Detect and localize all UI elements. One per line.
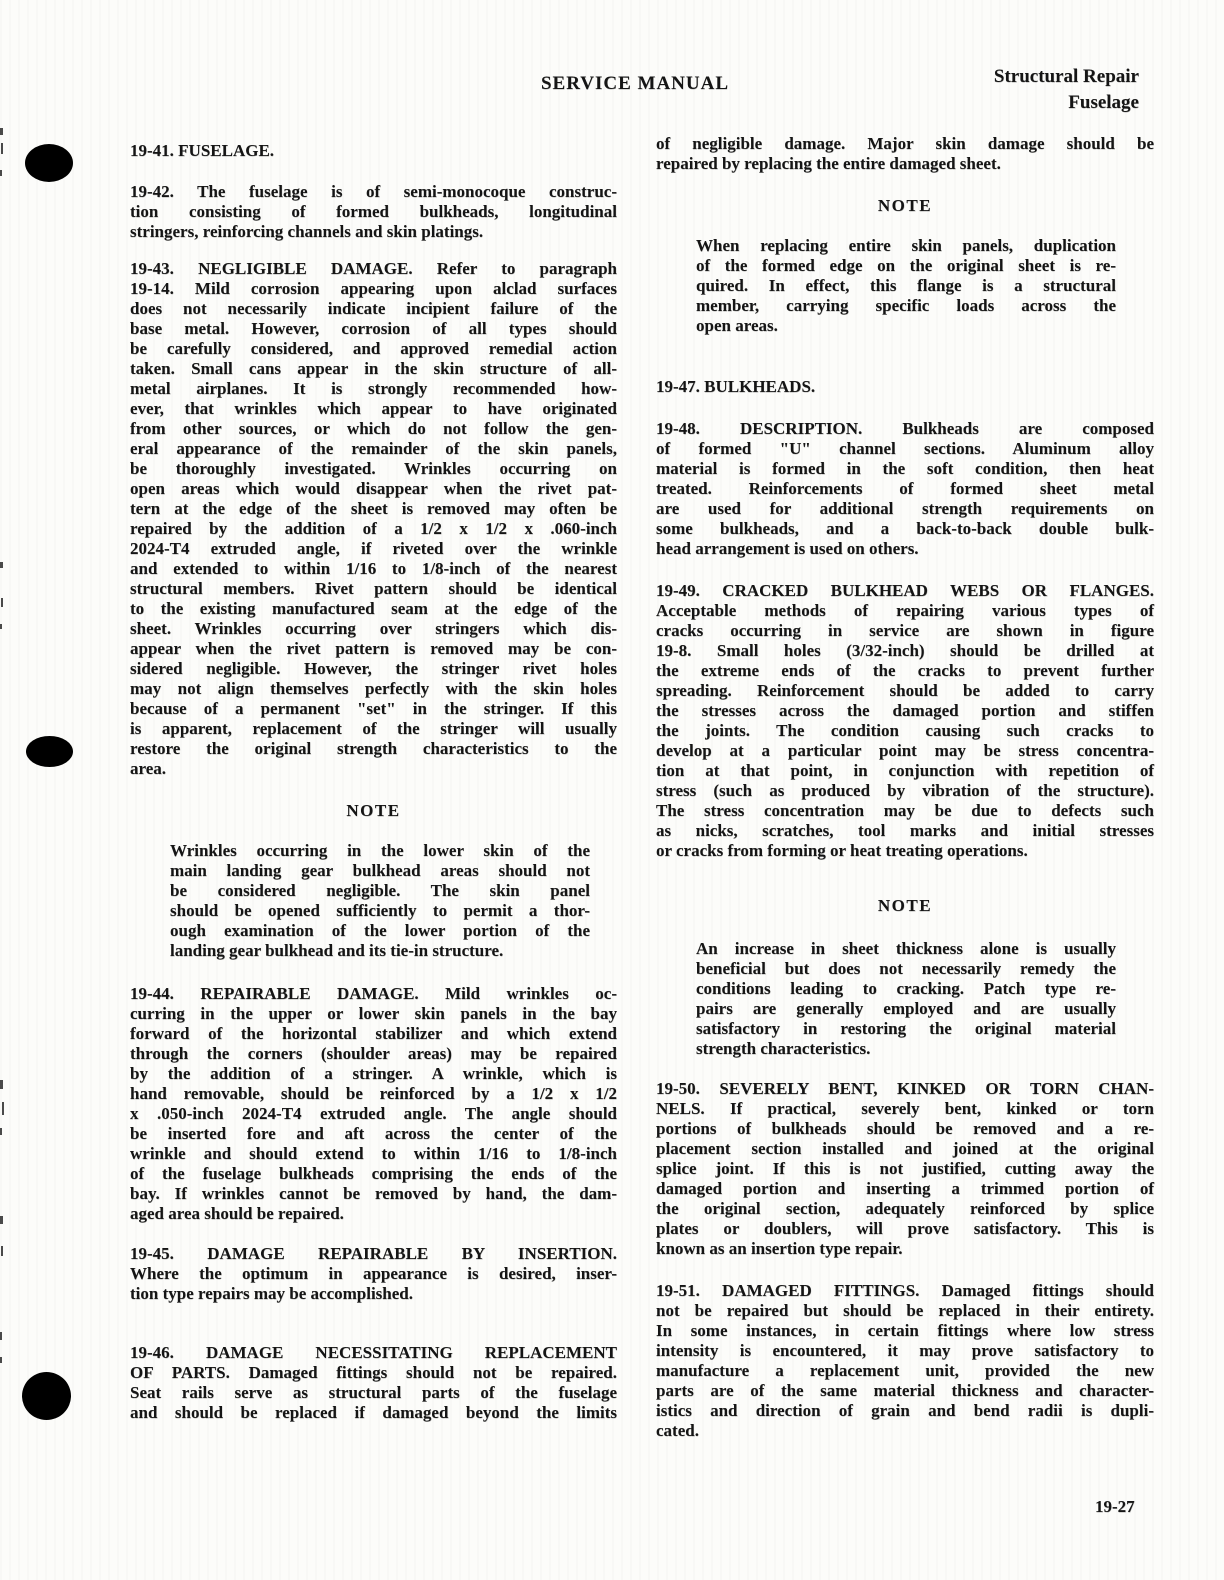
text-line: should be opened sufficiently to permit …	[170, 901, 590, 921]
text-line: the original section, adequately reinfor…	[656, 1199, 1154, 1219]
text-line: beneficial but does not necessarily reme…	[696, 959, 1116, 979]
note-paragraph: Wrinkles occurring in the lower skin of …	[170, 841, 590, 961]
text-line: aged area should be repaired.	[130, 1204, 617, 1224]
text-line: conditions leading to cracking. Patch ty…	[696, 979, 1116, 999]
paragraph-19-51: 19-51. DAMAGED FITTINGS. Damaged fitting…	[656, 1281, 1154, 1441]
text-line: Seat rails serve as structural parts of …	[130, 1383, 617, 1403]
text-line: sheet. Wrinkles occurring over stringers…	[130, 619, 617, 639]
text-line: stringers, reinforcing channels and skin…	[130, 222, 617, 242]
text-line: In some instances, in certain fittings w…	[656, 1321, 1154, 1341]
text-line: Wrinkles occurring in the lower skin of …	[170, 841, 590, 861]
text-line: manufacture a replacement unit, provided…	[656, 1361, 1154, 1381]
text-line: 19-43. NEGLIGIBLE DAMAGE. Refer to parag…	[130, 259, 617, 279]
paragraph-19-43: 19-43. NEGLIGIBLE DAMAGE. Refer to parag…	[130, 259, 617, 779]
text-line: tion type repairs may be accomplished.	[130, 1284, 617, 1304]
text-line: is apparent, replacement of the stringer…	[130, 719, 617, 739]
text-line: or cracks from forming or heat treating …	[656, 841, 1154, 861]
scan-artifact	[0, 128, 3, 135]
page-title: SERVICE MANUAL	[485, 71, 785, 97]
paragraph-19-46: 19-46. DAMAGE NECESSITATING REPLACEMENTO…	[130, 1343, 617, 1423]
text-line: are used for additional strength require…	[656, 499, 1154, 519]
scan-artifact	[1, 598, 3, 607]
text-line: known as an insertion type repair.	[656, 1239, 1154, 1259]
note-heading: NOTE	[130, 801, 617, 821]
hole-punch-mark	[26, 736, 73, 767]
text-line: the stresses across the damaged portion …	[656, 701, 1154, 721]
text-line: 19-51. DAMAGED FITTINGS. Damaged fitting…	[656, 1281, 1154, 1301]
text-line: intensity is encountered, it may prove s…	[656, 1341, 1154, 1361]
text-line: restore the original strength characteri…	[130, 739, 617, 759]
paragraph-19-42: 19-42. The fuselage is of semi-monocoque…	[130, 182, 617, 242]
note-heading: NOTE	[656, 896, 1154, 916]
text-line: appear when the rivet pattern is removed…	[130, 639, 617, 659]
text-line: NOTE	[130, 801, 617, 821]
text-line: portions of bulkheads should be removed …	[656, 1119, 1154, 1139]
text-line: x .050-inch 2024-T4 extruded angle. The …	[130, 1104, 617, 1124]
text-line: by the addition of a stringer. A wrinkle…	[130, 1064, 617, 1084]
text-line: OF PARTS. Damaged fittings should not be…	[130, 1363, 617, 1383]
text-line: ough examination of the lower portion of…	[170, 921, 590, 941]
scan-artifact	[1, 1246, 3, 1256]
text-line: bay. If wrinkles cannot be removed by ha…	[130, 1184, 617, 1204]
text-line: from other sources, or which do not foll…	[130, 419, 617, 439]
text-line: parts are of the same material thickness…	[656, 1381, 1154, 1401]
text-line: area.	[130, 759, 617, 779]
scan-artifact	[1, 143, 3, 154]
text-line: be inserted fore and aft across the cent…	[130, 1124, 617, 1144]
text-line: treated. Reinforcements of formed sheet …	[656, 479, 1154, 499]
scan-artifact	[0, 1128, 2, 1135]
scan-artifact	[2, 1102, 4, 1115]
text-line: An increase in sheet thickness alone is …	[696, 939, 1116, 959]
text-line: be carefully considered, and approved re…	[130, 339, 617, 359]
paragraph-19-47-heading: 19-47. BULKHEADS.	[656, 377, 1154, 397]
paragraph-19-41-heading: 19-41. FUSELAGE.	[130, 141, 617, 161]
text-line: of formed "U" channel sections. Aluminum…	[656, 439, 1154, 459]
note-heading: NOTE	[656, 196, 1154, 216]
text-line: cracks occurring in service are shown in…	[656, 621, 1154, 641]
text-line: structural members. Rivet pattern should…	[130, 579, 617, 599]
text-line: some bulkheads, and a back-to-back doubl…	[656, 519, 1154, 539]
text-line: may not align themselves perfectly with …	[130, 679, 617, 699]
scan-artifact	[0, 1332, 2, 1340]
text-line: damaged portion and inserting a trimmed …	[656, 1179, 1154, 1199]
text-line: the extreme ends of the cracks to preven…	[656, 661, 1154, 681]
text-line: 19-8. Small holes (3/32-inch) should be …	[656, 641, 1154, 661]
paragraph-19-50: 19-50. SEVERELY BENT, KINKED OR TORN CHA…	[656, 1079, 1154, 1259]
text-line: and extended to within 1/16 to 1/8-inch …	[130, 559, 617, 579]
text-line: 19-42. The fuselage is of semi-monocoque…	[130, 182, 617, 202]
text-line: satisfactory in restoring the original m…	[696, 1019, 1116, 1039]
scan-artifact	[0, 170, 2, 176]
text-line: taken. Small cans appear in the skin str…	[130, 359, 617, 379]
text-line: cated.	[656, 1421, 1154, 1441]
text-line: eral appearance of the remainder of the …	[130, 439, 617, 459]
text-line: of the formed edge on the original sheet…	[696, 256, 1116, 276]
text-line: The stress concentration may be due to d…	[656, 801, 1154, 821]
scan-artifact	[0, 1216, 3, 1224]
text-line: not be repaired but should be replaced i…	[656, 1301, 1154, 1321]
paragraph-19-49: 19-49. CRACKED BULKHEAD WEBS OR FLANGES.…	[656, 581, 1154, 861]
note-paragraph: When replacing entire skin panels, dupli…	[696, 236, 1116, 336]
paragraph-19-48: 19-48. DESCRIPTION. Bulkheads are compos…	[656, 419, 1154, 559]
text-line: 19-47. BULKHEADS.	[656, 377, 1154, 397]
text-line: 19-44. REPAIRABLE DAMAGE. Mild wrinkles …	[130, 984, 617, 1004]
paragraph-19-46-continued: of negligible damage. Major skin damage …	[656, 134, 1154, 174]
note-paragraph: An increase in sheet thickness alone is …	[696, 939, 1116, 1059]
manual-page: SERVICE MANUAL Structural Repair Fuselag…	[0, 0, 1224, 1580]
text-line: ever, that wrinkles which appear to have…	[130, 399, 617, 419]
text-line: because of a permanent "set" in the stri…	[130, 699, 617, 719]
text-line: placement section installed and joined a…	[656, 1139, 1154, 1159]
text-line: quired. In effect, this flange is a stru…	[696, 276, 1116, 296]
paragraph-19-44: 19-44. REPAIRABLE DAMAGE. Mild wrinkles …	[130, 984, 617, 1224]
text-line: 19-45. DAMAGE REPAIRABLE BY INSERTION.	[130, 1244, 617, 1264]
text-line: tion at that point, in conjunction with …	[656, 761, 1154, 781]
text-line: curring in the upper or lower skin panel…	[130, 1004, 617, 1024]
text-line: Where the optimum in appearance is desir…	[130, 1264, 617, 1284]
scan-artifact	[0, 1357, 2, 1363]
text-line: develop at a particular point may be str…	[656, 741, 1154, 761]
text-line: of negligible damage. Major skin damage …	[656, 134, 1154, 154]
text-line: metal airplanes. It is strongly recommen…	[130, 379, 617, 399]
text-line: of the fuselage bulkheads comprising the…	[130, 1164, 617, 1184]
text-line: member, carrying specific loads across t…	[696, 296, 1116, 316]
text-line: material is formed in the soft condition…	[656, 459, 1154, 479]
hole-punch-mark	[22, 1372, 71, 1420]
text-line: to the existing manufactured seam at the…	[130, 599, 617, 619]
text-line: NELS. If practical, severely bent, kinke…	[656, 1099, 1154, 1119]
text-line: 19-14. Mild corrosion appearing upon alc…	[130, 279, 617, 299]
text-line: stress (such as produced by vibration of…	[656, 781, 1154, 801]
text-line: Acceptable methods of repairing various …	[656, 601, 1154, 621]
text-line: NOTE	[656, 196, 1154, 216]
text-line: does not necessarily indicate incipient …	[130, 299, 617, 319]
text-line: plates or doublers, will prove satisfact…	[656, 1219, 1154, 1239]
text-line: repaired by the addition of a 1/2 x 1/2 …	[130, 519, 617, 539]
text-line: forward of the horizontal stabilizer and…	[130, 1024, 617, 1044]
text-line: 19-48. DESCRIPTION. Bulkheads are compos…	[656, 419, 1154, 439]
text-line: spreading. Reinforcement should be added…	[656, 681, 1154, 701]
text-line: 19-41. FUSELAGE.	[130, 141, 617, 161]
scan-artifact	[0, 624, 2, 629]
text-line: as nicks, scratches, tool marks and init…	[656, 821, 1154, 841]
text-line: tion consisting of formed bulkheads, lon…	[130, 202, 617, 222]
text-line: 19-49. CRACKED BULKHEAD WEBS OR FLANGES.	[656, 581, 1154, 601]
text-line: splice joint. If this is not justified, …	[656, 1159, 1154, 1179]
scan-artifact	[0, 1080, 3, 1089]
text-line: wrinkle and should extend to within 1/16…	[130, 1144, 617, 1164]
text-line: sidered negligible. However, the stringe…	[130, 659, 617, 679]
text-line: be considered negligible. The skin panel	[170, 881, 590, 901]
text-line: strength characteristics.	[696, 1039, 1116, 1059]
scan-artifact	[0, 562, 3, 568]
text-line: When replacing entire skin panels, dupli…	[696, 236, 1116, 256]
text-line: be thoroughly investigated. Wrinkles occ…	[130, 459, 617, 479]
text-line: open areas.	[696, 316, 1116, 336]
text-line: tern at the edge of the sheet is removed…	[130, 499, 617, 519]
text-line: 19-46. DAMAGE NECESSITATING REPLACEMENT	[130, 1343, 617, 1363]
text-line: the joints. The condition causing such c…	[656, 721, 1154, 741]
section-title-line: Fuselage	[902, 90, 1139, 116]
text-line: main landing gear bulkhead areas should …	[170, 861, 590, 881]
text-line: 2024-T4 extruded angle, if riveted over …	[130, 539, 617, 559]
text-line: and should be replaced if damaged beyond…	[130, 1403, 617, 1423]
text-line: 19-50. SEVERELY BENT, KINKED OR TORN CHA…	[656, 1079, 1154, 1099]
text-line: open areas which would disappear when th…	[130, 479, 617, 499]
text-line: NOTE	[656, 896, 1154, 916]
text-line: pairs are generally employed and are usu…	[696, 999, 1116, 1019]
text-line: base metal. However, corrosion of all ty…	[130, 319, 617, 339]
text-line: hand removable, should be reinforced by …	[130, 1084, 617, 1104]
text-line: through the corners (shoulder areas) may…	[130, 1044, 617, 1064]
page-number: 19-27	[1095, 1494, 1165, 1520]
text-line: repaired by replacing the entire damaged…	[656, 154, 1154, 174]
text-line: head arrangement is used on others.	[656, 539, 1154, 559]
text-line: landing gear bulkhead and its tie-in str…	[170, 941, 590, 961]
text-line: istics and direction of grain and bend r…	[656, 1401, 1154, 1421]
section-title: Structural Repair Fuselage	[902, 64, 1139, 116]
hole-punch-mark	[25, 144, 73, 182]
section-title-line: Structural Repair	[902, 64, 1139, 90]
paragraph-19-45: 19-45. DAMAGE REPAIRABLE BY INSERTION.Wh…	[130, 1244, 617, 1304]
